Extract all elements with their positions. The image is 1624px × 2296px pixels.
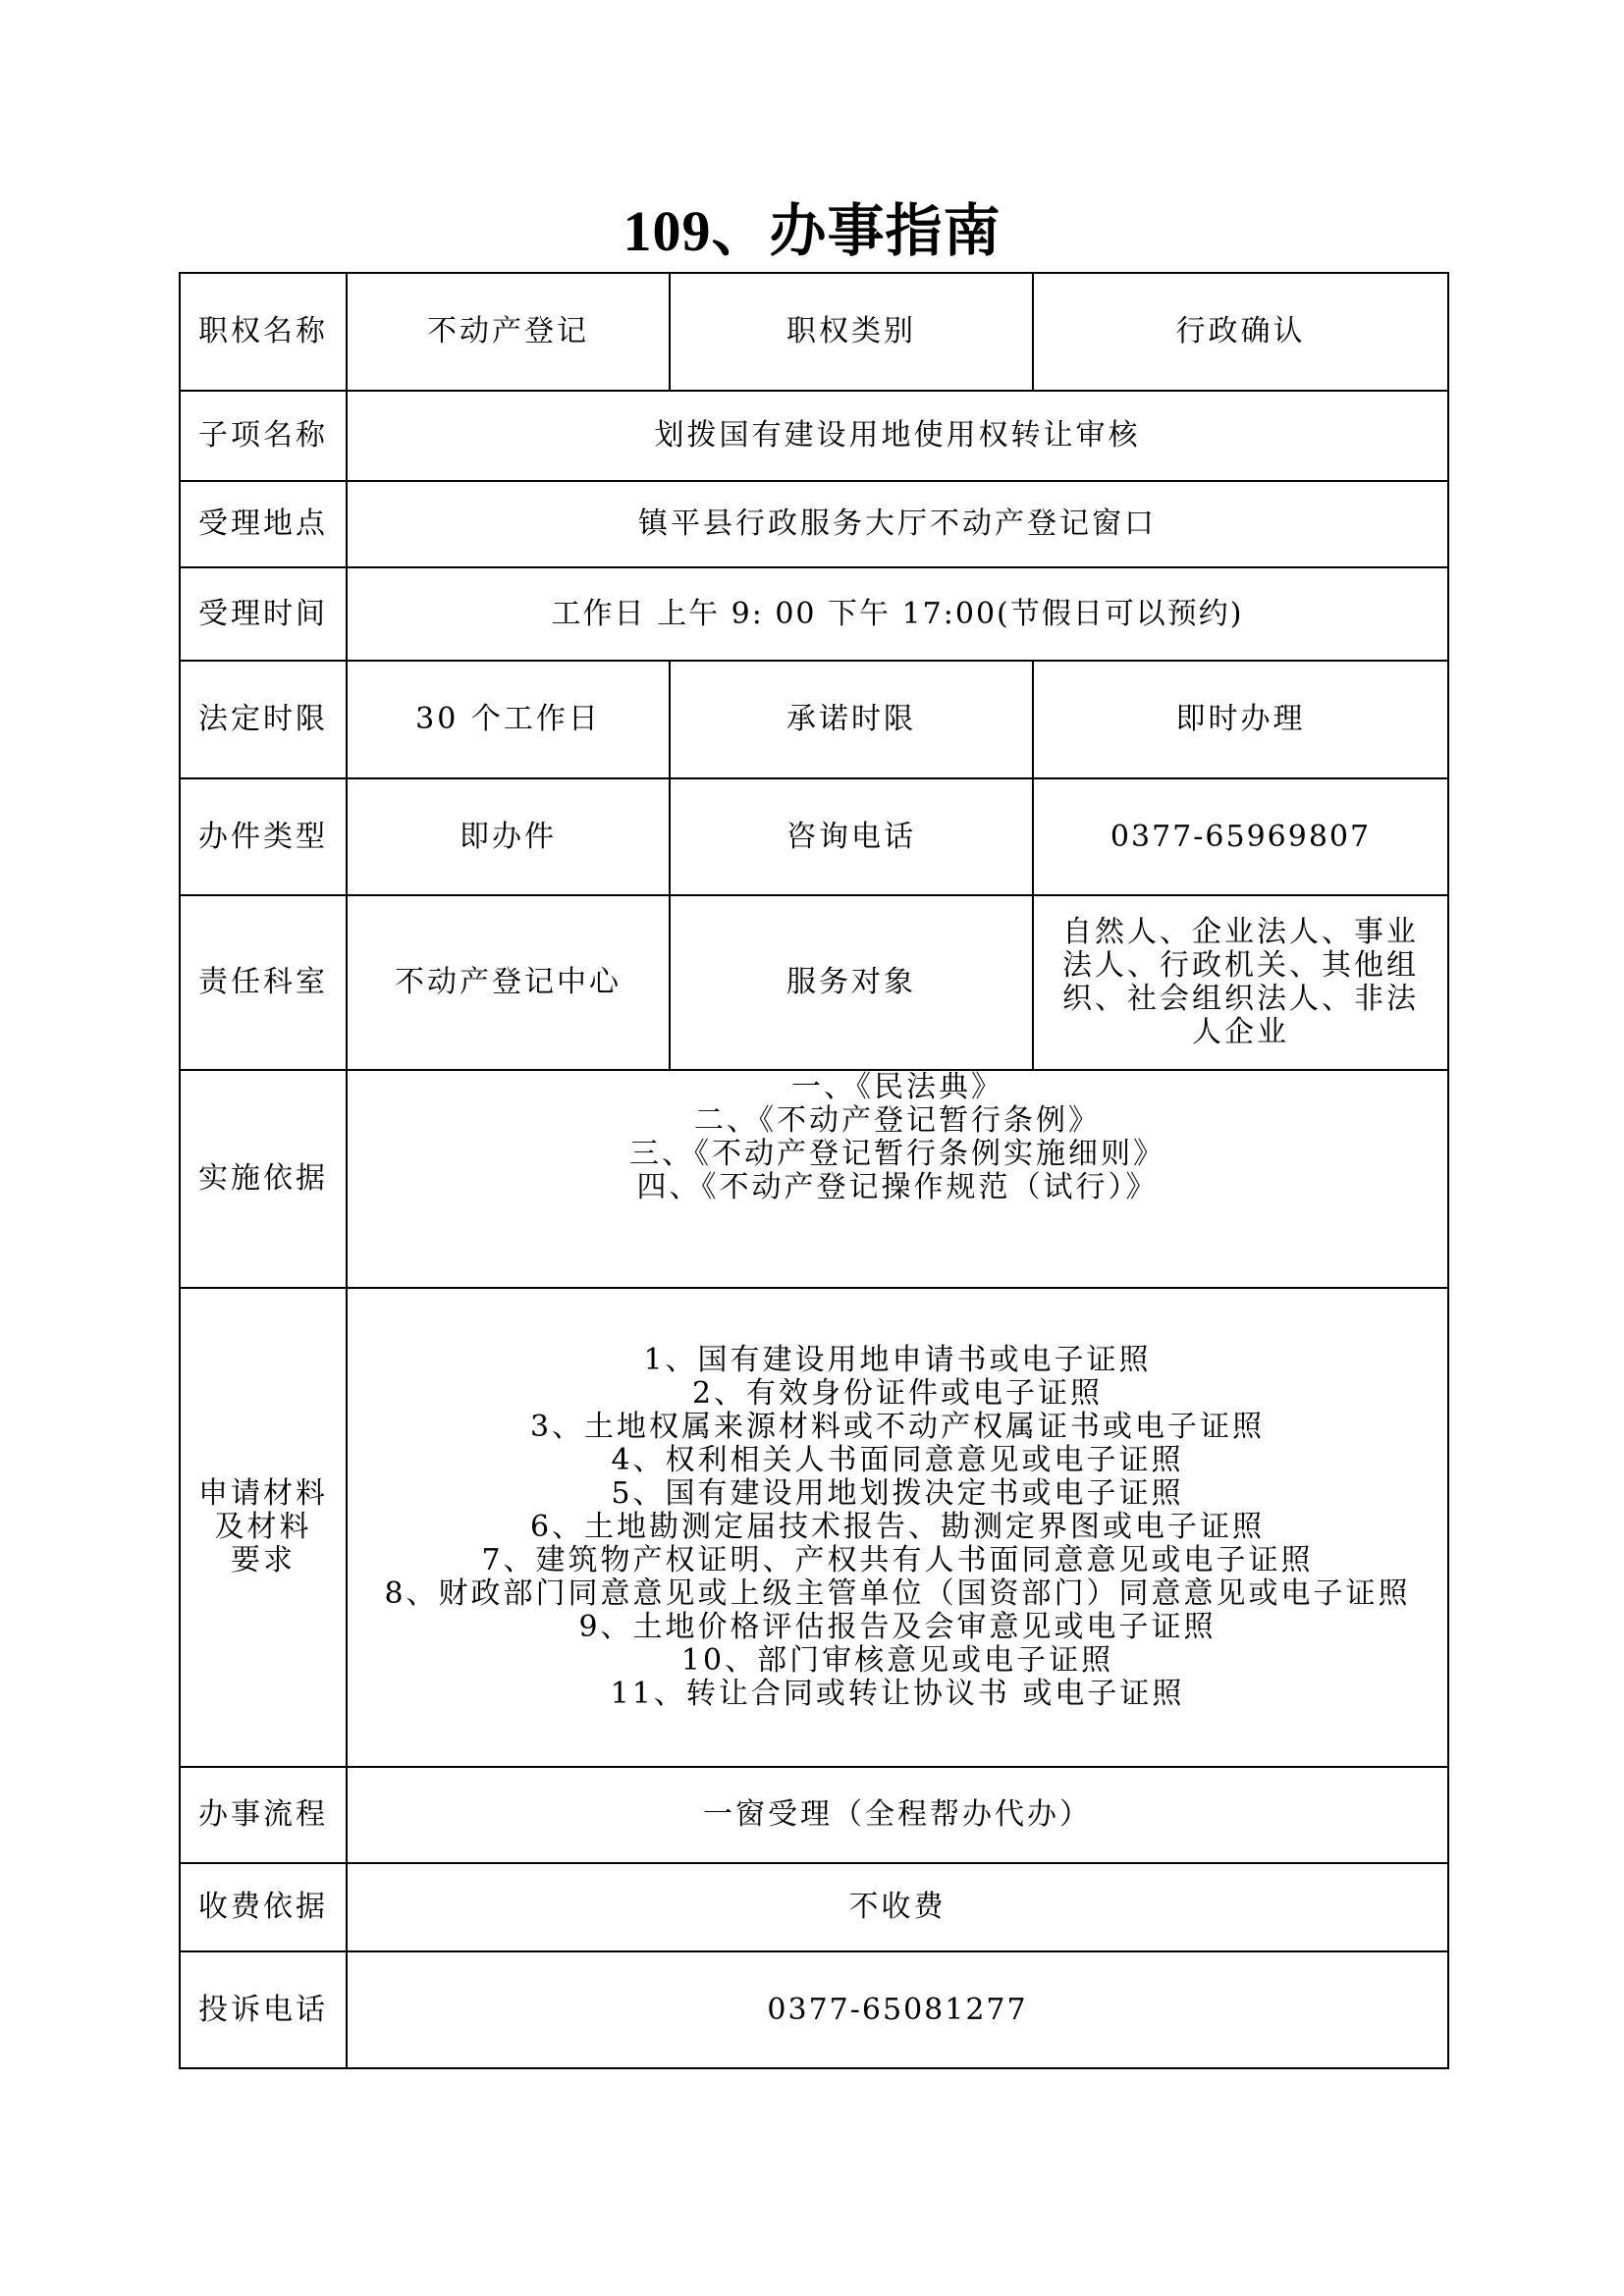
case-type-label: 办件类型 (180, 778, 347, 895)
legal-limit-value: 30 个工作日 (347, 661, 670, 778)
legal-basis-list: 一、《民法典》 二、《不动产登记暂行条例》 三、《不动产登记暂行条例实施细则》 … (347, 1070, 1448, 1288)
row-time-limits: 法定时限 30 个工作日 承诺时限 即时办理 (180, 661, 1448, 778)
material-item: 4、权利相关人书面同意意见或电子证照 (348, 1444, 1447, 1477)
row-fee-basis: 收费依据 不收费 (180, 1863, 1448, 1951)
materials-list: 1、国有建设用地申请书或电子证照 2、有效身份证件或电子证照 3、土地权属来源材… (347, 1288, 1448, 1767)
consult-phone-label: 咨询电话 (670, 778, 1033, 895)
material-item: 9、土地价格评估报告及会审意见或电子证照 (348, 1611, 1447, 1644)
service-target-line: 人企业 (1034, 1016, 1447, 1049)
row-sub-item: 子项名称 划拨国有建设用地使用权转让审核 (180, 391, 1448, 481)
material-item: 11、转让合同或转让协议书 或电子证照 (348, 1678, 1447, 1711)
authority-type-value: 行政确认 (1033, 273, 1448, 391)
materials-label-line: 要求 (181, 1544, 346, 1577)
material-item: 7、建筑物产权证明、产权共有人书面同意意见或电子证照 (348, 1544, 1447, 1577)
complaint-phone-value: 0377-65081277 (347, 1951, 1448, 2068)
materials-label-line: 申请材料 (181, 1477, 346, 1511)
legal-basis-label: 实施依据 (180, 1070, 347, 1288)
location-value: 镇平县行政服务大厅不动产登记窗口 (347, 481, 1448, 567)
fee-basis-value: 不收费 (347, 1863, 1448, 1951)
material-item: 8、财政部门同意意见或上级主管单位（国资部门）同意意见或电子证照 (348, 1577, 1447, 1611)
complaint-phone-label: 投诉电话 (180, 1951, 347, 2068)
sub-item-value: 划拨国有建设用地使用权转让审核 (347, 391, 1448, 481)
promised-limit-label: 承诺时限 (670, 661, 1033, 778)
legal-basis-item: 三、《不动产登记暂行条例实施细则》 (348, 1138, 1447, 1171)
service-target-label: 服务对象 (670, 895, 1033, 1070)
service-target-value: 自然人、企业法人、事业 法人、行政机关、其他组 织、社会组织法人、非法 人企业 (1033, 895, 1448, 1070)
legal-basis-item: 四、《不动产登记操作规范（试行）》 (348, 1171, 1447, 1204)
sub-item-label: 子项名称 (180, 391, 347, 481)
process-label: 办事流程 (180, 1767, 347, 1863)
location-label: 受理地点 (180, 481, 347, 567)
service-target-line: 法人、行政机关、其他组 (1034, 949, 1447, 983)
row-authority-name: 职权名称 不动产登记 职权类别 行政确认 (180, 273, 1448, 391)
fee-basis-label: 收费依据 (180, 1863, 347, 1951)
department-value: 不动产登记中心 (347, 895, 670, 1070)
department-label: 责任科室 (180, 895, 347, 1070)
row-process: 办事流程 一窗受理（全程帮办代办） (180, 1767, 1448, 1863)
case-type-value: 即办件 (347, 778, 670, 895)
row-hours: 受理时间 工作日 上午 9: 00 下午 17:00(节假日可以预约) (180, 567, 1448, 661)
material-item: 10、部门审核意见或电子证照 (348, 1644, 1447, 1678)
legal-limit-label: 法定时限 (180, 661, 347, 778)
materials-label: 申请材料 及材料 要求 (180, 1288, 347, 1767)
authority-name-label: 职权名称 (180, 273, 347, 391)
row-department: 责任科室 不动产登记中心 服务对象 自然人、企业法人、事业 法人、行政机关、其他… (180, 895, 1448, 1070)
material-item: 5、国有建设用地划拨决定书或电子证照 (348, 1477, 1447, 1511)
legal-basis-item: 一、《民法典》 (348, 1071, 1447, 1104)
hours-label: 受理时间 (180, 567, 347, 661)
material-item: 6、土地勘测定届技术报告、勘测定界图或电子证照 (348, 1511, 1447, 1544)
authority-type-label: 职权类别 (670, 273, 1033, 391)
material-item: 2、有效身份证件或电子证照 (348, 1377, 1447, 1411)
service-target-line: 织、社会组织法人、非法 (1034, 983, 1447, 1016)
service-guide-table: 职权名称 不动产登记 职权类别 行政确认 子项名称 划拨国有建设用地使用权转让审… (179, 272, 1449, 2069)
legal-basis-item: 二、《不动产登记暂行条例》 (348, 1104, 1447, 1138)
row-location: 受理地点 镇平县行政服务大厅不动产登记窗口 (180, 481, 1448, 567)
materials-label-line: 及材料 (181, 1511, 346, 1544)
row-complaint-phone: 投诉电话 0377-65081277 (180, 1951, 1448, 2068)
process-value: 一窗受理（全程帮办代办） (347, 1767, 1448, 1863)
hours-value: 工作日 上午 9: 00 下午 17:00(节假日可以预约) (347, 567, 1448, 661)
page-title: 109、办事指南 (0, 192, 1624, 271)
material-item: 1、国有建设用地申请书或电子证照 (348, 1344, 1447, 1377)
row-case-type: 办件类型 即办件 咨询电话 0377-65969807 (180, 778, 1448, 895)
material-item: 3、土地权属来源材料或不动产权属证书或电子证照 (348, 1411, 1447, 1444)
row-legal-basis: 实施依据 一、《民法典》 二、《不动产登记暂行条例》 三、《不动产登记暂行条例实… (180, 1070, 1448, 1288)
authority-name-value: 不动产登记 (347, 273, 670, 391)
promised-limit-value: 即时办理 (1033, 661, 1448, 778)
row-materials: 申请材料 及材料 要求 1、国有建设用地申请书或电子证照 2、有效身份证件或电子… (180, 1288, 1448, 1767)
consult-phone-value: 0377-65969807 (1033, 778, 1448, 895)
service-target-line: 自然人、企业法人、事业 (1034, 916, 1447, 949)
